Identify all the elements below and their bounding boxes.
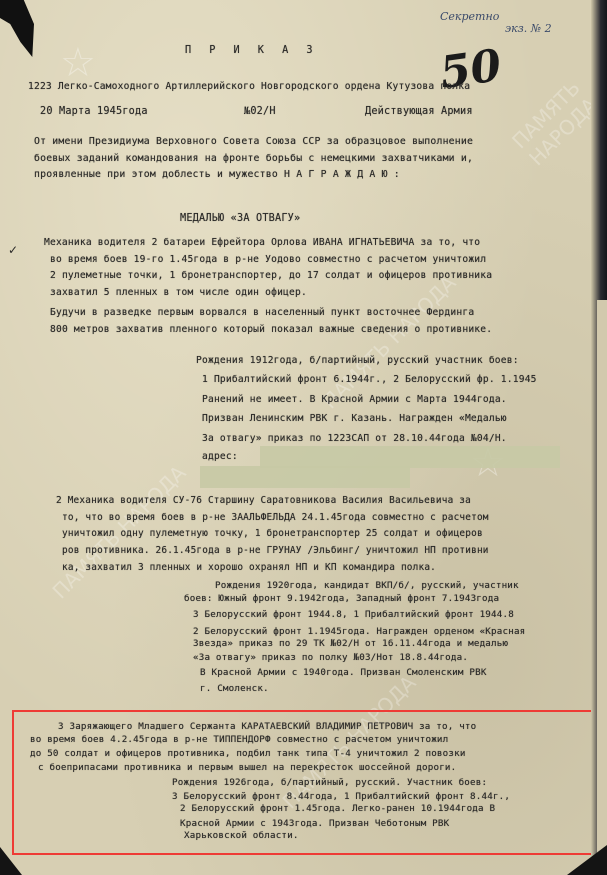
- order-date: 20 Марта 1945года: [40, 106, 148, 117]
- entry-1-address-label: адрес:: [202, 451, 238, 462]
- entry-2-bio: 2 Белорусский фронт 1.1945года. Награжде…: [193, 626, 525, 637]
- entry-1-line: Механика водителя 2 батареи Ефрейтора Ор…: [44, 237, 480, 248]
- entry-1-bio: Призван Ленинским РВК г. Казань. Награжд…: [202, 413, 507, 424]
- army-label: Действующая Армия: [365, 106, 473, 117]
- award-heading: МЕДАЛЬЮ «ЗА ОТВАГУ»: [180, 213, 300, 224]
- entry-2-line: уничтожил одну пулеметную точку, 1 броне…: [62, 528, 483, 539]
- secret-mark: Секретно: [440, 10, 499, 23]
- entry-1-line: 800 метров захватив пленного который пок…: [50, 324, 492, 335]
- entry-2-bio: В Красной Армии с 1940года. Призван Смол…: [200, 667, 487, 678]
- entry-2-line: 2 Механика водителя СУ-76 Старшину Сарат…: [56, 495, 471, 506]
- entry-2-line: то, что во время боев в р-не ЗААЛЬФЕЛЬДА…: [62, 512, 489, 523]
- redacted-area: [200, 466, 410, 488]
- entry-1-bio: Рождения 1912года, б/партийный, русский …: [196, 355, 519, 366]
- watermark: ПАМЯТЬ НАРОДА: [318, 271, 461, 414]
- entry-2-line: ров противника. 26.1.45года в р-не ГРУНА…: [62, 545, 489, 556]
- entry-1-line: 2 пулеметные точки, 1 бронетранспортер, …: [50, 270, 492, 281]
- unit-line: 1223 Легко-Самоходного Артиллерийского Н…: [28, 81, 470, 92]
- entry-2-bio: «За отвагу» приказ по полку №03/Нот 18.8…: [193, 652, 468, 663]
- entry-1-bio: 1 Прибалтийский фронт 6.1944г., 2 Белору…: [202, 374, 537, 385]
- entry-1-line: во время боев 19-го 1.45года в р-не Уодо…: [50, 254, 486, 265]
- entry-1-bio: Ранений не имеет. В Красной Армии с Март…: [202, 394, 507, 405]
- checkmark-icon: ✓: [8, 243, 18, 257]
- document-scan: ☆ ☆ ПАМЯТЬ НАРОДА ПАМЯТЬ НАРОДА ПАМЯТЬ Н…: [0, 0, 607, 875]
- entry-2-bio: боев: Южный фронт 9.1942года, Западный ф…: [184, 593, 499, 604]
- entry-2-bio: г. Смоленск.: [200, 683, 269, 694]
- entry-2-bio: Рождения 1920года, кандидат ВКП/б/, русс…: [215, 580, 519, 591]
- preamble-line: боевых заданий командования на фронте бо…: [34, 153, 473, 164]
- document-title: П Р И К А З: [185, 45, 318, 56]
- paper-edge: [597, 300, 607, 875]
- entry-1-line: Будучи в разведке первым ворвался в насе…: [50, 307, 474, 318]
- entry-1-bio: За отвагу» приказ по 1223САП от 28.10.44…: [202, 433, 507, 444]
- redacted-area: [260, 446, 560, 468]
- highlight-box: [12, 710, 599, 855]
- watermark-star-icon: ☆: [60, 40, 96, 86]
- preamble-line: проявленные при этом доблесть и мужество…: [34, 169, 400, 180]
- order-number: №02/Н: [244, 106, 276, 117]
- entry-2-bio: Звезда» приказ по 29 ТК №02/Н от 16.11.4…: [193, 638, 508, 649]
- paper-tear: [0, 0, 34, 60]
- copy-number-mark: экз. № 2: [505, 22, 552, 35]
- preamble-line: От имени Президиума Верховного Совета Со…: [34, 136, 473, 147]
- entry-1-line: захватил 5 пленных в том числе один офиц…: [50, 287, 307, 298]
- entry-2-bio: 3 Белорусский фронт 1944.8, 1 Прибалтийс…: [193, 609, 514, 620]
- entry-2-line: ка, захватил 3 пленных и хорошо охранял …: [62, 562, 436, 573]
